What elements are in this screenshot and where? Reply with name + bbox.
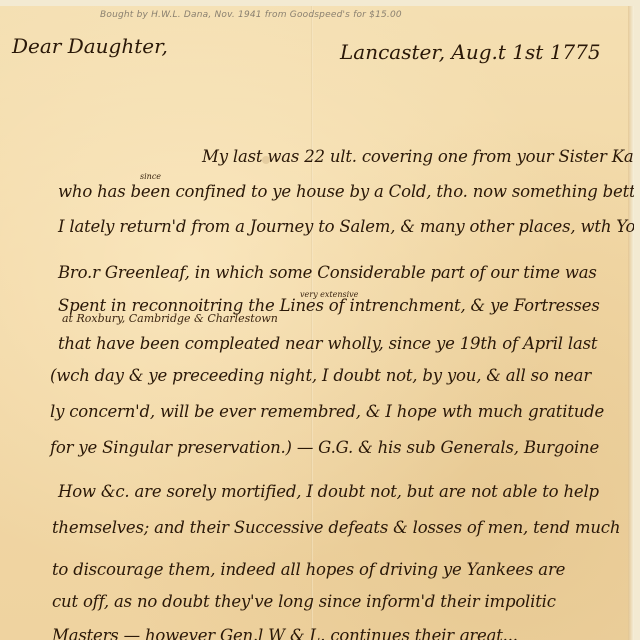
place-date: Lancaster, Aug.t 1st 1775 [340,40,601,64]
letter-line-8: ly concern'd, will be ever remembred, & … [50,402,604,421]
letter-line-2: who has been confined to ye house by a C… [58,182,634,201]
letter-line-12: to discourage them, indeed all hopes of … [52,560,565,579]
letter-line-10: How &c. are sorely mortified, I doubt no… [58,482,599,501]
letter-line-14: Masters — however Gen.l W & L. continues… [52,626,518,640]
letter-line-11: themselves; and their Successive defeats… [52,518,620,537]
paper-fold [311,6,313,640]
letter-line-7: (wch day & ye preceeding night, I doubt … [50,366,591,385]
letter-line-1: My last was 22 ult. covering one from yo… [202,147,634,166]
archival-pencil-note: Bought by H.W.L. Dana, Nov. 1941 from Go… [100,10,402,20]
letter-page: Bought by H.W.L. Dana, Nov. 1941 from Go… [0,6,634,640]
letter-line-3: I lately return'd from a Journey to Sale… [58,217,634,236]
letter-line-13: cut off, as no doubt they've long since … [52,592,556,611]
letter-line-6: that have been compleated near wholly, s… [58,334,597,353]
letter-line-9: for ye Singular preservation.) — G.G. & … [50,438,599,457]
letter-line-5: Spent in reconnoitring the Lines of intr… [58,296,600,315]
paper-edge [628,6,634,640]
interlinear-insert: since [140,172,161,181]
salutation: Dear Daughter, [12,34,168,58]
letter-line-4: Bro.r Greenleaf, in which some Considera… [58,263,597,282]
